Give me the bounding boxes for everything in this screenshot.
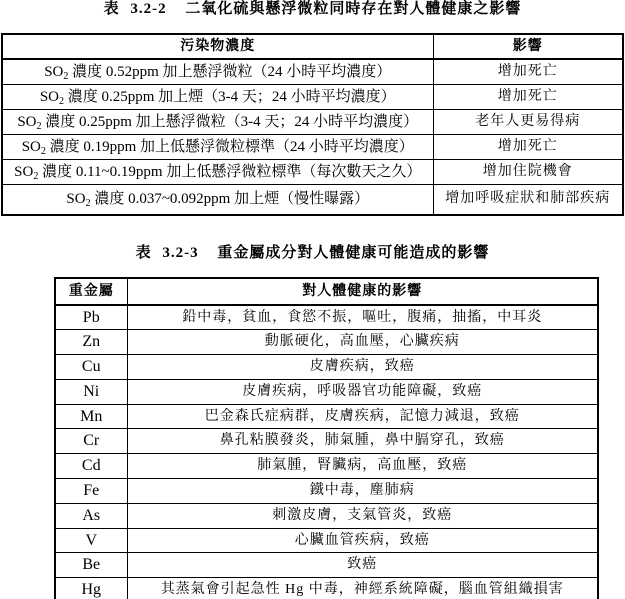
effect-cell: 巴金森氏症病群，皮膚疾病，記憶力減退，致癌 <box>127 404 598 429</box>
table-caption-3-2-2: 表 3.2-2 二氧化硫與懸浮微粒同時存在對人體健康之影響 <box>0 0 625 18</box>
table-row: Be 致癌 <box>55 553 598 578</box>
effect-cell: 致癌 <box>127 553 598 578</box>
effect-cell: 肺氣腫，腎臟病，高血壓，致癌 <box>127 454 598 479</box>
concentration-text: 濃度 0.25ppm 加上懸浮微粒（3-4 天；24 小時平均濃度） <box>42 114 419 130</box>
so-text: SO <box>66 191 85 207</box>
table-row: As 刺激皮膚，支氣管炎，致癌 <box>55 503 598 528</box>
concentration-text: 濃度 0.11~0.19ppm 加上低懸浮微粒標準（每次數天之久） <box>38 164 421 180</box>
concentration-text: 濃度 0.037~0.092ppm 加上煙（慢性曝露） <box>91 191 370 207</box>
header-pollutant-concentration: 污染物濃度 <box>2 34 433 59</box>
table-row: Hg 其蒸氣會引起急性 Hg 中毒，神經系統障礙，腦血管組織損害 <box>55 578 598 599</box>
concentration-text: 濃度 0.25ppm 加上煙（3-4 天；24 小時平均濃度） <box>64 89 396 105</box>
effect-cell: 老年人更易得病 <box>433 109 623 134</box>
metal-cell: Pb <box>55 305 127 330</box>
effect-cell: 增加住院機會 <box>433 159 623 184</box>
metal-cell: V <box>55 528 127 553</box>
table-row: SO2 濃度 0.11~0.19ppm 加上低懸浮微粒標準（每次數天之久） 增加… <box>2 159 623 184</box>
concentration-cell: SO2 濃度 0.25ppm 加上懸浮微粒（3-4 天；24 小時平均濃度） <box>2 109 433 134</box>
so2-particulate-health-table: 污染物濃度 影響 SO2 濃度 0.52ppm 加上懸浮微粒（24 小時平均濃度… <box>1 33 624 216</box>
caption-title: 重金屬成分對人體健康可能造成的影響 <box>217 245 489 261</box>
table-row: Cd 肺氣腫，腎臟病，高血壓，致癌 <box>55 454 598 479</box>
concentration-cell: SO2 濃度 0.037~0.092ppm 加上煙（慢性曝露） <box>2 184 433 215</box>
effect-cell: 皮膚疾病，致癌 <box>127 355 598 380</box>
concentration-cell: SO2 濃度 0.25ppm 加上煙（3-4 天；24 小時平均濃度） <box>2 84 433 109</box>
effect-cell: 心臟血管疾病，致癌 <box>127 528 598 553</box>
metal-cell: As <box>55 503 127 528</box>
metal-cell: Be <box>55 553 127 578</box>
caption-number: 3.2-2 <box>130 1 166 17</box>
table-row: SO2 濃度 0.25ppm 加上煙（3-4 天；24 小時平均濃度） 增加死亡 <box>2 84 623 109</box>
table-row: SO2 濃度 0.037~0.092ppm 加上煙（慢性曝露） 增加呼吸症狀和肺… <box>2 184 623 215</box>
metal-cell: Ni <box>55 379 127 404</box>
effect-cell: 皮膚疾病，呼吸器官功能障礙，致癌 <box>127 379 598 404</box>
caption-title: 二氧化硫與懸浮微粒同時存在對人體健康之影響 <box>185 1 521 17</box>
effect-cell: 動脈硬化，高血壓，心臟疾病 <box>127 330 598 355</box>
effect-cell: 增加死亡 <box>433 134 623 159</box>
effect-cell: 增加死亡 <box>433 84 623 109</box>
metal-cell: Cu <box>55 355 127 380</box>
table-header-row: 重金屬 對人體健康的影響 <box>55 278 598 305</box>
table-header-row: 污染物濃度 影響 <box>2 34 623 59</box>
effect-cell: 增加死亡 <box>433 59 623 84</box>
concentration-text: 濃度 0.52ppm 加上懸浮微粒（24 小時平均濃度） <box>68 64 391 80</box>
so-text: SO <box>44 64 63 80</box>
table-row: Cu 皮膚疾病，致癌 <box>55 355 598 380</box>
concentration-text: 濃度 0.19ppm 加上低懸浮微粒標準（24 小時平均濃度） <box>46 139 414 155</box>
effect-cell: 鼻孔粘膜發炎，肺氣腫，鼻中膈穿孔，致癌 <box>127 429 598 454</box>
metal-cell: Fe <box>55 479 127 504</box>
effect-cell: 鉛中毒，貧血，食慾不振，嘔吐，腹痛，抽搐，中耳炎 <box>127 305 598 330</box>
table-row: Zn 動脈硬化，高血壓，心臟疾病 <box>55 330 598 355</box>
so-text: SO <box>22 139 41 155</box>
so-text: SO <box>14 164 33 180</box>
table-row: Mn 巴金森氏症病群，皮膚疾病，記憶力減退，致癌 <box>55 404 598 429</box>
metal-cell: Cr <box>55 429 127 454</box>
effect-cell: 增加呼吸症狀和肺部疾病 <box>433 184 623 215</box>
table-row: Cr 鼻孔粘膜發炎，肺氣腫，鼻中膈穿孔，致癌 <box>55 429 598 454</box>
caption-prefix: 表 <box>136 245 152 261</box>
effect-cell: 刺激皮膚，支氣管炎，致癌 <box>127 503 598 528</box>
metal-cell: Hg <box>55 578 127 599</box>
effect-cell: 其蒸氣會引起急性 Hg 中毒，神經系統障礙，腦血管組織損害 <box>127 578 598 599</box>
concentration-cell: SO2 濃度 0.52ppm 加上懸浮微粒（24 小時平均濃度） <box>2 59 433 84</box>
header-heavy-metal: 重金屬 <box>55 278 127 305</box>
header-effect: 影響 <box>433 34 623 59</box>
caption-number: 3.2-3 <box>162 245 198 261</box>
table-row: SO2 濃度 0.52ppm 加上懸浮微粒（24 小時平均濃度） 增加死亡 <box>2 59 623 84</box>
table-row: SO2 濃度 0.25ppm 加上懸浮微粒（3-4 天；24 小時平均濃度） 老… <box>2 109 623 134</box>
concentration-cell: SO2 濃度 0.11~0.19ppm 加上低懸浮微粒標準（每次數天之久） <box>2 159 433 184</box>
table-row: Ni 皮膚疾病，呼吸器官功能障礙，致癌 <box>55 379 598 404</box>
table-row: V 心臟血管疾病，致癌 <box>55 528 598 553</box>
caption-prefix: 表 <box>104 1 120 17</box>
concentration-cell: SO2 濃度 0.19ppm 加上低懸浮微粒標準（24 小時平均濃度） <box>2 134 433 159</box>
table-row: SO2 濃度 0.19ppm 加上低懸浮微粒標準（24 小時平均濃度） 增加死亡 <box>2 134 623 159</box>
table-caption-3-2-3: 表 3.2-3 重金屬成分對人體健康可能造成的影響 <box>0 244 625 262</box>
so-text: SO <box>40 89 59 105</box>
so-text: SO <box>17 114 36 130</box>
metal-cell: Mn <box>55 404 127 429</box>
metal-cell: Cd <box>55 454 127 479</box>
table-row: Fe 鐵中毒，塵肺病 <box>55 479 598 504</box>
table-row: Pb 鉛中毒，貧血，食慾不振，嘔吐，腹痛，抽搐，中耳炎 <box>55 305 598 330</box>
effect-cell: 鐵中毒，塵肺病 <box>127 479 598 504</box>
header-health-effect: 對人體健康的影響 <box>127 278 598 305</box>
metal-cell: Zn <box>55 330 127 355</box>
heavy-metal-health-table: 重金屬 對人體健康的影響 Pb 鉛中毒，貧血，食慾不振，嘔吐，腹痛，抽搐，中耳炎… <box>54 277 599 599</box>
